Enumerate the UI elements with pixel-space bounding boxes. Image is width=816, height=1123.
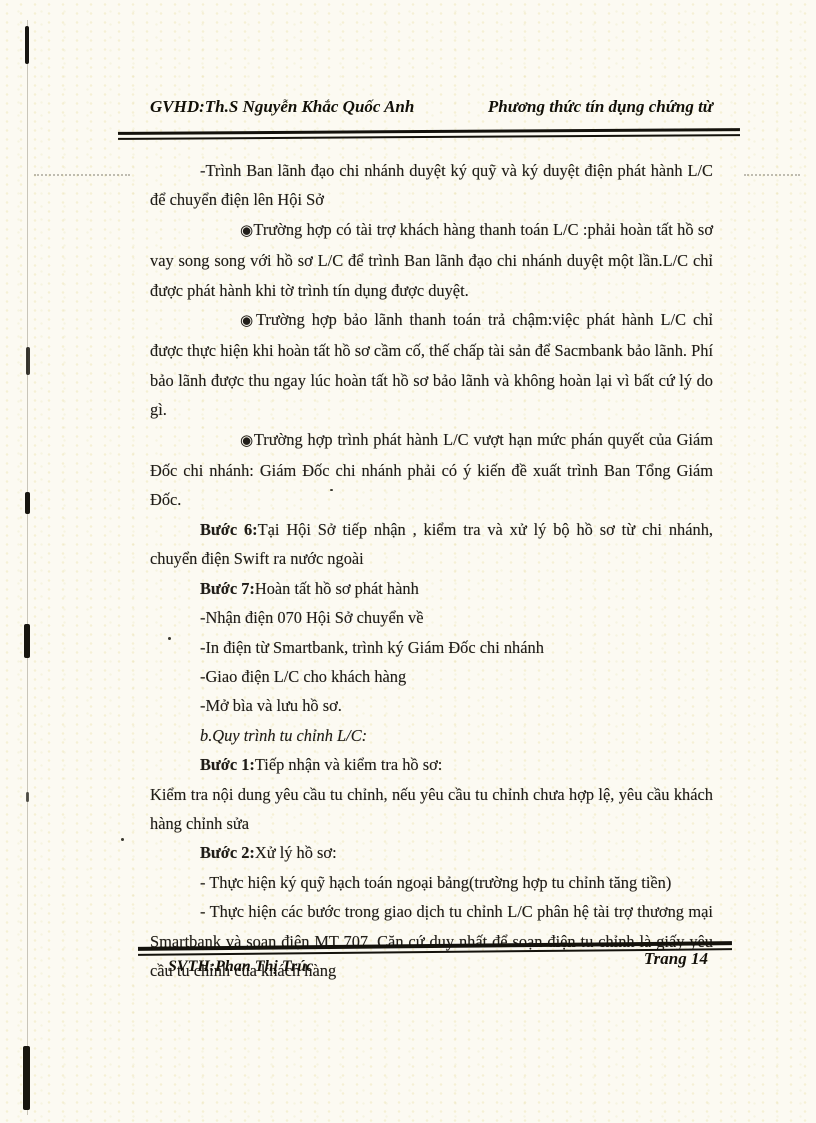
binding-mark bbox=[25, 26, 29, 64]
paragraph: Bước 6:Tại Hội Sở tiếp nhận , kiểm tra v… bbox=[150, 515, 713, 574]
paragraph: ◉Trường hợp có tài trợ khách hàng thanh … bbox=[150, 215, 713, 305]
paragraph: b.Quy trình tu chỉnh L/C: bbox=[200, 721, 713, 750]
scan-artifact-dashes bbox=[34, 174, 130, 176]
bullet-icon: ◉ bbox=[240, 313, 256, 329]
step-label: Bước 2: bbox=[200, 843, 255, 862]
header-rule bbox=[118, 128, 740, 140]
paragraph: Bước 7:Hoàn tất hồ sơ phát hành bbox=[150, 574, 713, 603]
scan-speck bbox=[121, 838, 124, 841]
step-label: Bước 1: bbox=[200, 755, 255, 774]
document-body: -Trình Ban lãnh đạo chi nhánh duyệt ký q… bbox=[150, 156, 713, 985]
binding-mark bbox=[25, 492, 30, 514]
step-label: Bước 7: bbox=[200, 579, 255, 598]
page-header: GVHD:Th.S Nguyễn Khắc Quốc Anh Phương th… bbox=[150, 97, 713, 117]
paragraph: -Giao điện L/C cho khách hàng bbox=[200, 662, 713, 691]
bullet-icon: ◉ bbox=[240, 433, 254, 449]
paragraph: -Nhận điện 070 Hội Sở chuyển về bbox=[200, 603, 713, 632]
paragraph: ◉Trường hợp trình phát hành L/C vượt hạn… bbox=[150, 425, 713, 515]
scanned-page: GVHD:Th.S Nguyễn Khắc Quốc Anh Phương th… bbox=[0, 0, 816, 1123]
paragraph: Bước 2:Xử lý hồ sơ: bbox=[150, 838, 713, 867]
header-left-text: GVHD:Th.S Nguyễn Khắc Quốc Anh bbox=[150, 97, 414, 117]
scan-artifact-dashes bbox=[744, 174, 800, 176]
paragraph: ◉Trường hợp bảo lãnh thanh toán trả chậm… bbox=[150, 305, 713, 425]
page-number: Trang 14 bbox=[644, 949, 708, 969]
binding-margin-line bbox=[27, 20, 28, 1115]
paragraph: -Trình Ban lãnh đạo chi nhánh duyệt ký q… bbox=[150, 156, 713, 215]
footer-author-text: SVTH:Phan Thị Trúc bbox=[168, 958, 313, 976]
paragraph: -Mở bìa và lưu hồ sơ. bbox=[200, 691, 713, 720]
header-right-text: Phương thức tín dụng chứng từ bbox=[488, 97, 713, 117]
binding-mark bbox=[26, 347, 30, 375]
bullet-icon: ◉ bbox=[240, 223, 253, 239]
paragraph: - Thực hiện ký quỹ hạch toán ngoại bảng(… bbox=[200, 868, 713, 897]
paragraph: Bước 1:Tiếp nhận và kiểm tra hồ sơ: bbox=[150, 750, 713, 779]
page-footer: SVTH:Phan Thị Trúc Trang 14 bbox=[168, 956, 708, 976]
paragraph: -In điện từ Smartbank, trình ký Giám Đốc… bbox=[200, 633, 713, 662]
binding-mark bbox=[26, 792, 29, 802]
paragraph: Kiểm tra nội dung yêu cầu tu chỉnh, nếu … bbox=[150, 780, 713, 839]
step-label: Bước 6: bbox=[200, 520, 258, 539]
binding-mark bbox=[23, 1046, 30, 1110]
binding-mark bbox=[24, 624, 30, 658]
